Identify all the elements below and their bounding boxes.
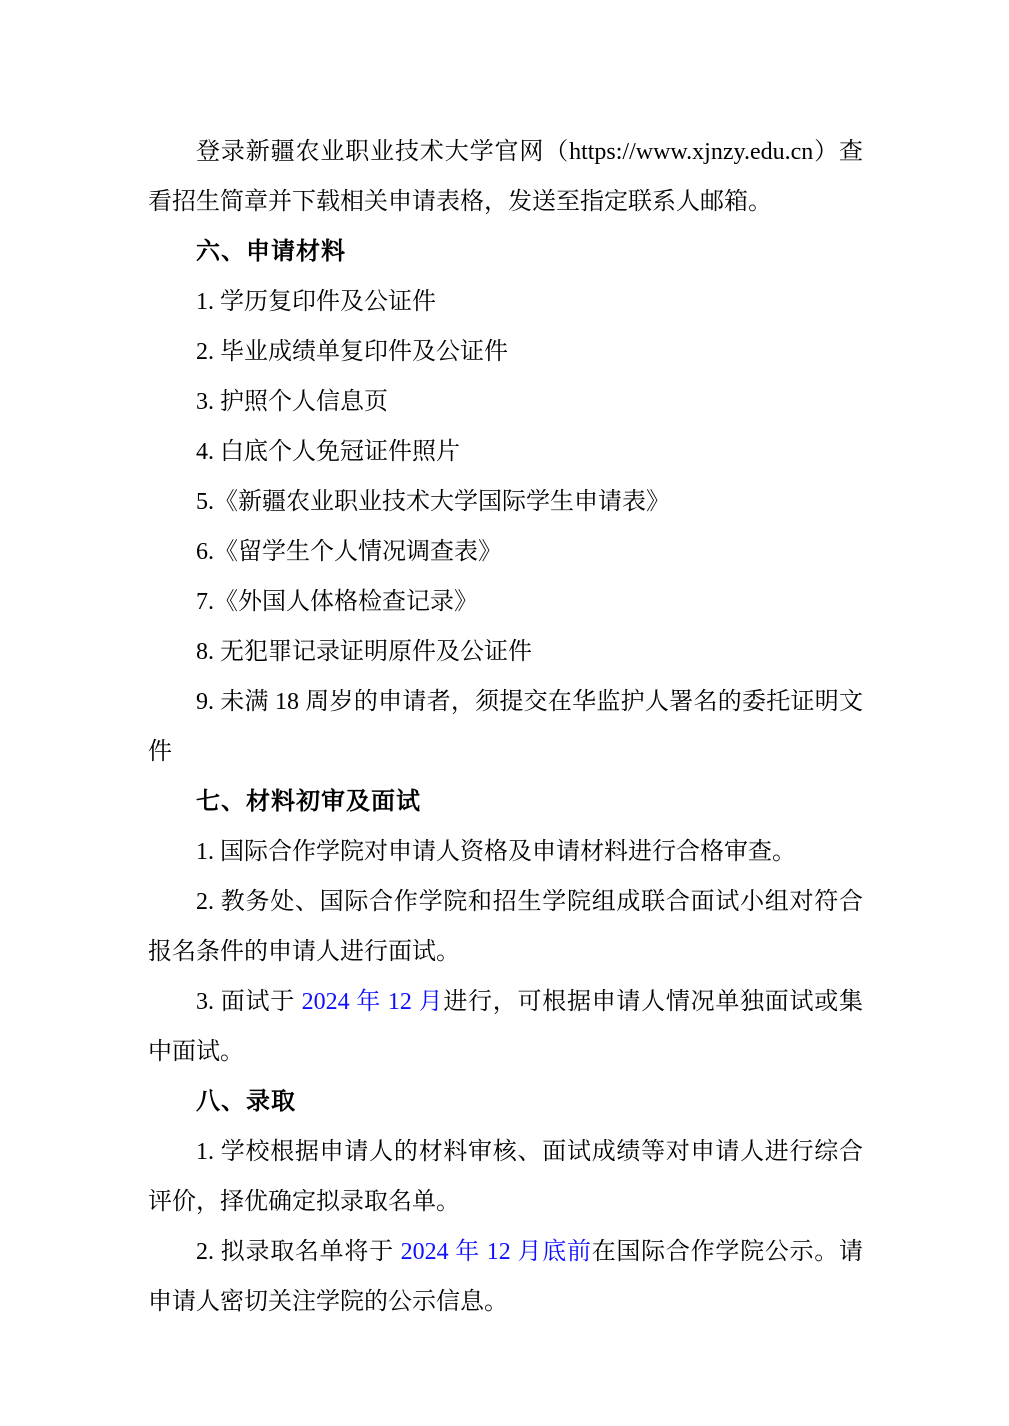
text-run: 1. 学历复印件及公证件	[196, 289, 436, 315]
text-run: 2. 毕业成绩单复印件及公证件	[196, 339, 508, 365]
text-run: 2. 拟录取名单将于	[196, 1239, 401, 1265]
list-item: 2. 教务处、国际合作学院和招生学院组成联合面试小组对符合报名条件的申请人进行面…	[148, 877, 863, 977]
text-run: 七、材料初审及面试	[196, 788, 421, 815]
list-item: 2. 拟录取名单将于 2024 年 12 月底前在国际合作学院公示。请申请人密切…	[148, 1227, 863, 1327]
list-item: 1. 学历复印件及公证件	[148, 277, 863, 327]
document-content: 登录新疆农业职业技术大学官网（https://www.xjnzy.edu.cn）…	[0, 0, 1009, 1327]
text-run: 八、录取	[196, 1088, 296, 1115]
section-heading: 六、申请材料	[148, 227, 863, 277]
text-run: 六、申请材料	[196, 238, 346, 265]
text-run: 登录新疆农业职业技术大学官网（https://www.xjnzy.edu.cn）…	[148, 139, 863, 215]
list-item: 9. 未满 18 周岁的申请者，须提交在华监护人署名的委托证明文件	[148, 677, 863, 777]
list-item: 2. 毕业成绩单复印件及公证件	[148, 327, 863, 377]
list-item: 5.《新疆农业职业技术大学国际学生申请表》	[148, 477, 863, 527]
text-run: 1. 学校根据申请人的材料审核、面试成绩等对申请人进行综合评价，择优确定拟录取名…	[148, 1139, 863, 1215]
text-run: 8. 无犯罪记录证明原件及公证件	[196, 639, 532, 665]
text-run: 7.《外国人体格检查记录》	[196, 589, 478, 615]
list-item: 1. 学校根据申请人的材料审核、面试成绩等对申请人进行综合评价，择优确定拟录取名…	[148, 1127, 863, 1227]
list-item: 8. 无犯罪记录证明原件及公证件	[148, 627, 863, 677]
text-run: 4. 白底个人免冠证件照片	[196, 439, 460, 465]
list-item: 6.《留学生个人情况调查表》	[148, 527, 863, 577]
list-item: 3. 面试于 2024 年 12 月进行，可根据申请人情况单独面试或集中面试。	[148, 977, 863, 1077]
list-item: 7.《外国人体格检查记录》	[148, 577, 863, 627]
date-highlight-text: 2024 年 12 月底前	[401, 1239, 592, 1265]
text-run: 3. 护照个人信息页	[196, 389, 388, 415]
section-heading: 八、录取	[148, 1077, 863, 1127]
text-run: 6.《留学生个人情况调查表》	[196, 539, 502, 565]
text-run: 1. 国际合作学院对申请人资格及申请材料进行合格审查。	[196, 839, 796, 865]
text-run: 3. 面试于	[196, 989, 302, 1015]
list-item: 3. 护照个人信息页	[148, 377, 863, 427]
paragraph: 登录新疆农业职业技术大学官网（https://www.xjnzy.edu.cn）…	[148, 127, 863, 227]
text-run: 2. 教务处、国际合作学院和招生学院组成联合面试小组对符合报名条件的申请人进行面…	[148, 889, 863, 965]
text-run: 5.《新疆农业职业技术大学国际学生申请表》	[196, 489, 670, 515]
section-heading: 七、材料初审及面试	[148, 777, 863, 827]
text-run: 9. 未满 18 周岁的申请者，须提交在华监护人署名的委托证明文件	[148, 689, 863, 765]
list-item: 4. 白底个人免冠证件照片	[148, 427, 863, 477]
date-highlight-text: 2024 年 12 月	[302, 989, 444, 1015]
list-item: 1. 国际合作学院对申请人资格及申请材料进行合格审查。	[148, 827, 863, 877]
document-page: 登录新疆农业职业技术大学官网（https://www.xjnzy.edu.cn）…	[0, 0, 1009, 1426]
